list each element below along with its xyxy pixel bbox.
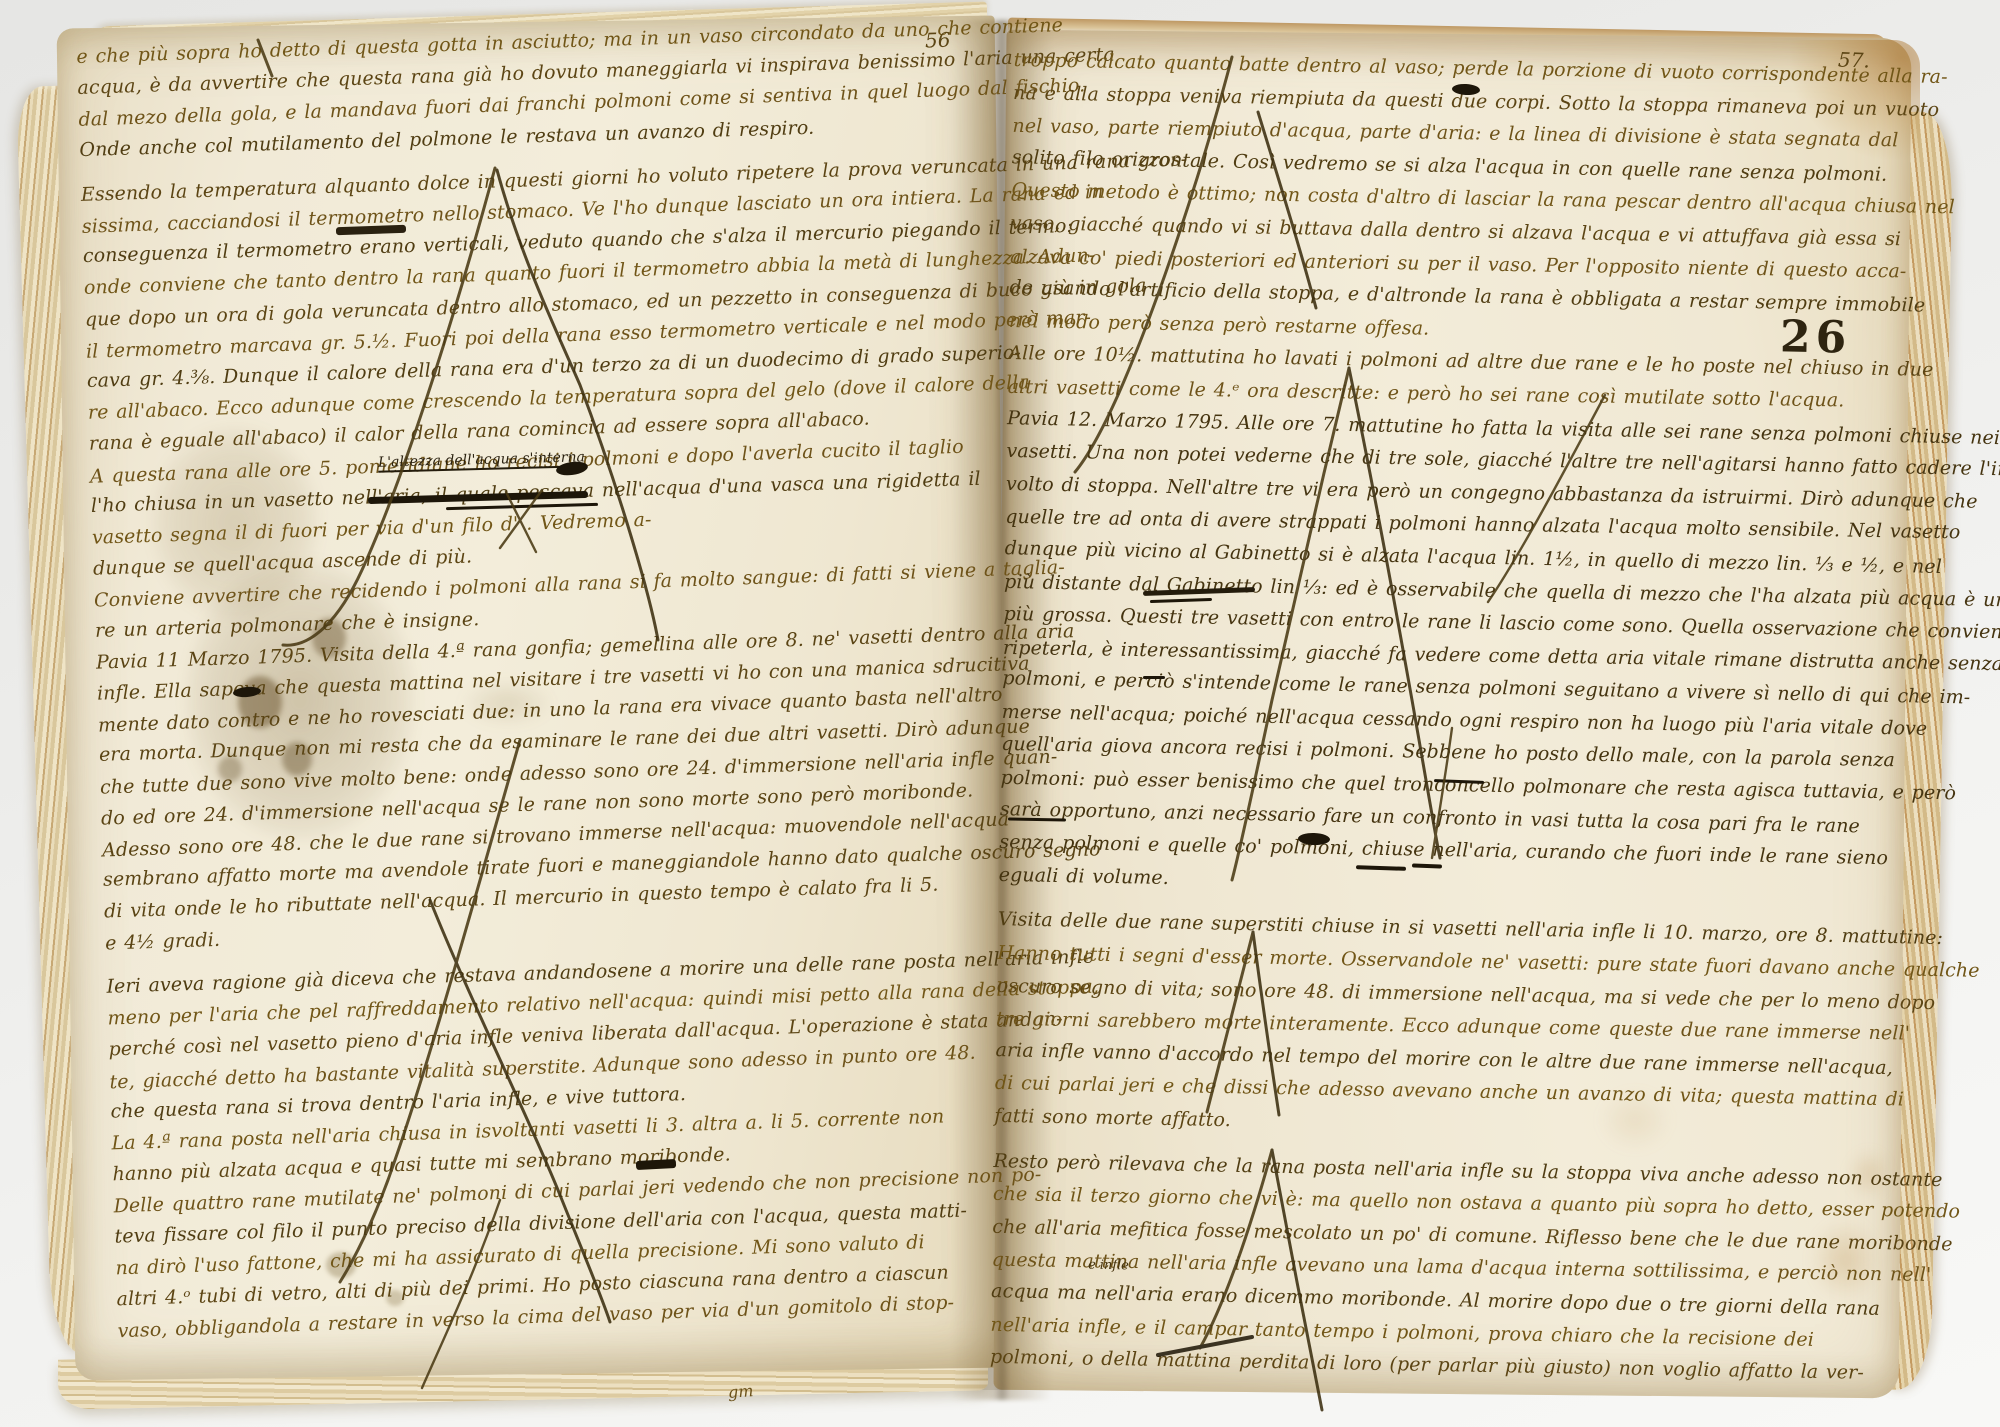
right-page-text: troppo calcato quanto batte dentro al va… (990, 44, 1894, 1390)
manuscript-photo: e che più sopra ho detto di questa gotta… (0, 0, 2000, 1427)
page-number-left: 56 (925, 28, 951, 53)
underline-mark (1143, 676, 1165, 679)
interlinear-insertion: e infle (1088, 1258, 1129, 1274)
page-number-right: 57. (1838, 47, 1871, 72)
left-page-text: e che più sopra ho detto di questa gotta… (76, 13, 1023, 1347)
catchword-flourish: gm (727, 1381, 754, 1402)
folio-stamp: 26 (1780, 311, 1852, 363)
